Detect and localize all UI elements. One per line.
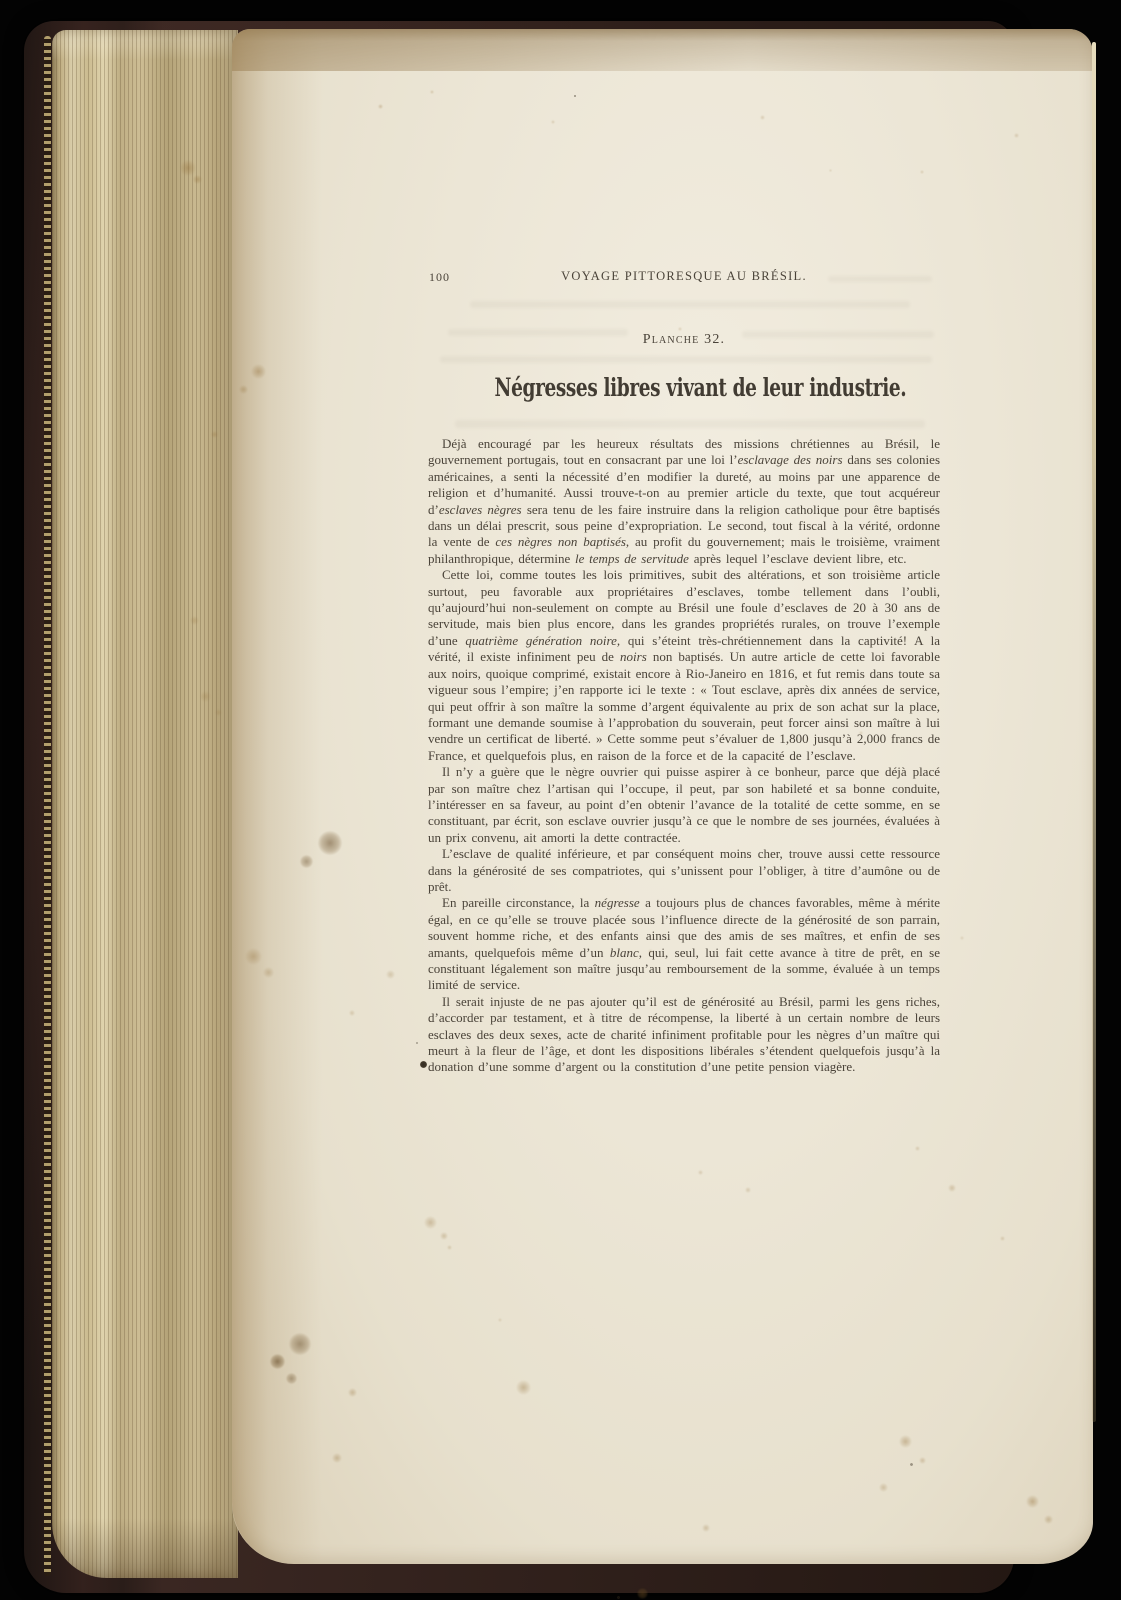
foxing-spot bbox=[1014, 133, 1019, 138]
foxing-spot bbox=[899, 1435, 912, 1448]
foxing-spot bbox=[551, 120, 555, 124]
foxing-spot bbox=[637, 1588, 648, 1599]
foxing-spot bbox=[648, 949, 653, 954]
foxing-spot bbox=[698, 1170, 703, 1175]
foxing-spot bbox=[879, 1483, 888, 1492]
book-photo: 100 VOYAGE PITTORESQUE AU BRÉSIL. Planch… bbox=[0, 0, 1121, 1600]
foxing-spot bbox=[332, 1453, 342, 1463]
foxing-spot bbox=[289, 1333, 311, 1355]
foxing-spot bbox=[200, 691, 211, 702]
foxing-spot bbox=[760, 115, 765, 120]
foxing-spot bbox=[745, 1187, 751, 1193]
paragraph: En pareille circonstance, la négresse a … bbox=[428, 895, 940, 993]
foxing-spot bbox=[516, 1380, 531, 1395]
page-edges bbox=[52, 30, 238, 1578]
foxing-spot bbox=[245, 948, 262, 965]
foxing-spot bbox=[211, 431, 218, 438]
show-through bbox=[470, 301, 910, 308]
fore-edge bbox=[1092, 42, 1096, 1422]
foxing-spot bbox=[617, 1596, 620, 1599]
foxing-spot bbox=[386, 970, 395, 979]
foxing-spot bbox=[430, 90, 434, 94]
foxing-spot bbox=[1044, 1515, 1053, 1524]
show-through bbox=[455, 420, 925, 428]
foxing-spot bbox=[447, 1245, 452, 1250]
foxing-spot bbox=[416, 1042, 418, 1044]
foxing-spot bbox=[420, 1061, 427, 1068]
foxing-spot bbox=[574, 95, 576, 97]
paragraph: Déjà encouragé par les heureux résultats… bbox=[428, 436, 940, 567]
foxing-spot bbox=[702, 1524, 710, 1532]
paragraph: Cette loi, comme toutes les lois primiti… bbox=[428, 567, 940, 764]
show-through bbox=[440, 356, 932, 363]
foxing-spot bbox=[960, 936, 964, 940]
foxing-spot bbox=[193, 175, 202, 184]
body-text: Déjà encouragé par les heureux résultats… bbox=[428, 436, 940, 1076]
foxing-spot bbox=[251, 364, 266, 379]
foxing-spot bbox=[1000, 1236, 1005, 1241]
foxing-spot bbox=[300, 855, 313, 868]
foxing-spot bbox=[348, 1388, 357, 1397]
chapter-title: Négresses libres vivant de leur industri… bbox=[495, 373, 874, 402]
foxing-spot bbox=[948, 1184, 956, 1192]
gilt-edge bbox=[44, 36, 51, 1576]
paragraph: Il n’y a guère que le nègre ouvrier qui … bbox=[428, 764, 940, 846]
foxing-spot bbox=[263, 967, 274, 978]
foxing-spot bbox=[215, 709, 222, 716]
running-title: VOYAGE PITTORESQUE AU BRÉSIL. bbox=[428, 269, 940, 284]
foxing-spot bbox=[190, 616, 199, 625]
foxing-spot bbox=[829, 169, 832, 172]
foxing-spot bbox=[910, 1463, 913, 1466]
foxing-spot bbox=[239, 385, 248, 394]
foxing-spot bbox=[378, 104, 383, 109]
foxing-spot bbox=[859, 731, 863, 735]
foxing-spot bbox=[440, 1232, 448, 1240]
foxing-spot bbox=[919, 1457, 926, 1464]
foxing-spot bbox=[318, 831, 342, 855]
foxing-spot bbox=[270, 1354, 285, 1369]
foxing-spot bbox=[180, 160, 196, 176]
foxing-spot bbox=[498, 1318, 502, 1322]
foxing-spot bbox=[678, 327, 682, 331]
foxing-spot bbox=[888, 1031, 892, 1035]
foxing-spot bbox=[424, 1216, 437, 1229]
paragraph: Il serait injuste de ne pas ajouter qu’i… bbox=[428, 994, 940, 1076]
foxing-spot bbox=[286, 1373, 297, 1384]
plate-label: Planche 32. bbox=[428, 332, 940, 348]
foxing-spot bbox=[1026, 1495, 1039, 1508]
paragraph: L’esclave de qualité inférieure, et par … bbox=[428, 846, 940, 895]
foxing-spot bbox=[920, 170, 924, 174]
foxing-spot bbox=[349, 1010, 355, 1016]
foxing-spot bbox=[915, 1146, 920, 1151]
